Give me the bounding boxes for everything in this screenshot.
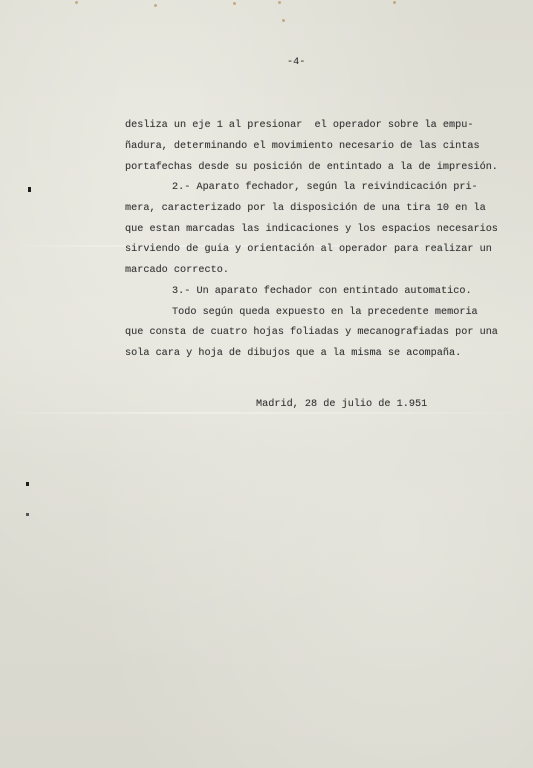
punch-mark [28,187,31,192]
x-mark [26,513,29,516]
text-line: desliza un eje 1 al presionar el operado… [125,121,473,131]
text-line: portafechas desde su posición de entinta… [125,163,498,173]
foxing-spot [282,19,285,22]
text-line: sola cara y hoja de dibujos que a la mis… [125,349,461,359]
signature-date: Madrid, 28 de julio de 1.951 [256,400,427,410]
page-number: -4- [287,58,305,68]
document-page: -4- desliza un eje 1 al presionar el ope… [0,0,533,768]
closing-paragraph-start: Todo según queda expuesto en la preceden… [172,308,478,318]
text-line: marcado correcto. [125,266,229,276]
foxing-spot [393,1,396,4]
text-line: que consta de cuatro hojas foliadas y me… [125,328,498,338]
foxing-spot [233,2,236,5]
text-line: ñadura, determinando el movimiento neces… [125,142,480,152]
claim-2-heading: 2.- Aparato fechador, según la reivindic… [172,183,478,193]
punch-mark [26,482,29,486]
text-line: sirviendo de guia y orientación al opera… [125,245,492,255]
text-line: que estan marcadas las indicaciones y lo… [125,225,498,235]
foxing-spot [75,1,78,4]
claim-3: 3.- Un aparato fechador con entintado au… [172,287,472,297]
foxing-spot [278,1,281,4]
text-line: mera, caracterizado por la disposición d… [125,204,486,214]
paper-fold [0,412,533,414]
foxing-spot [154,4,157,7]
